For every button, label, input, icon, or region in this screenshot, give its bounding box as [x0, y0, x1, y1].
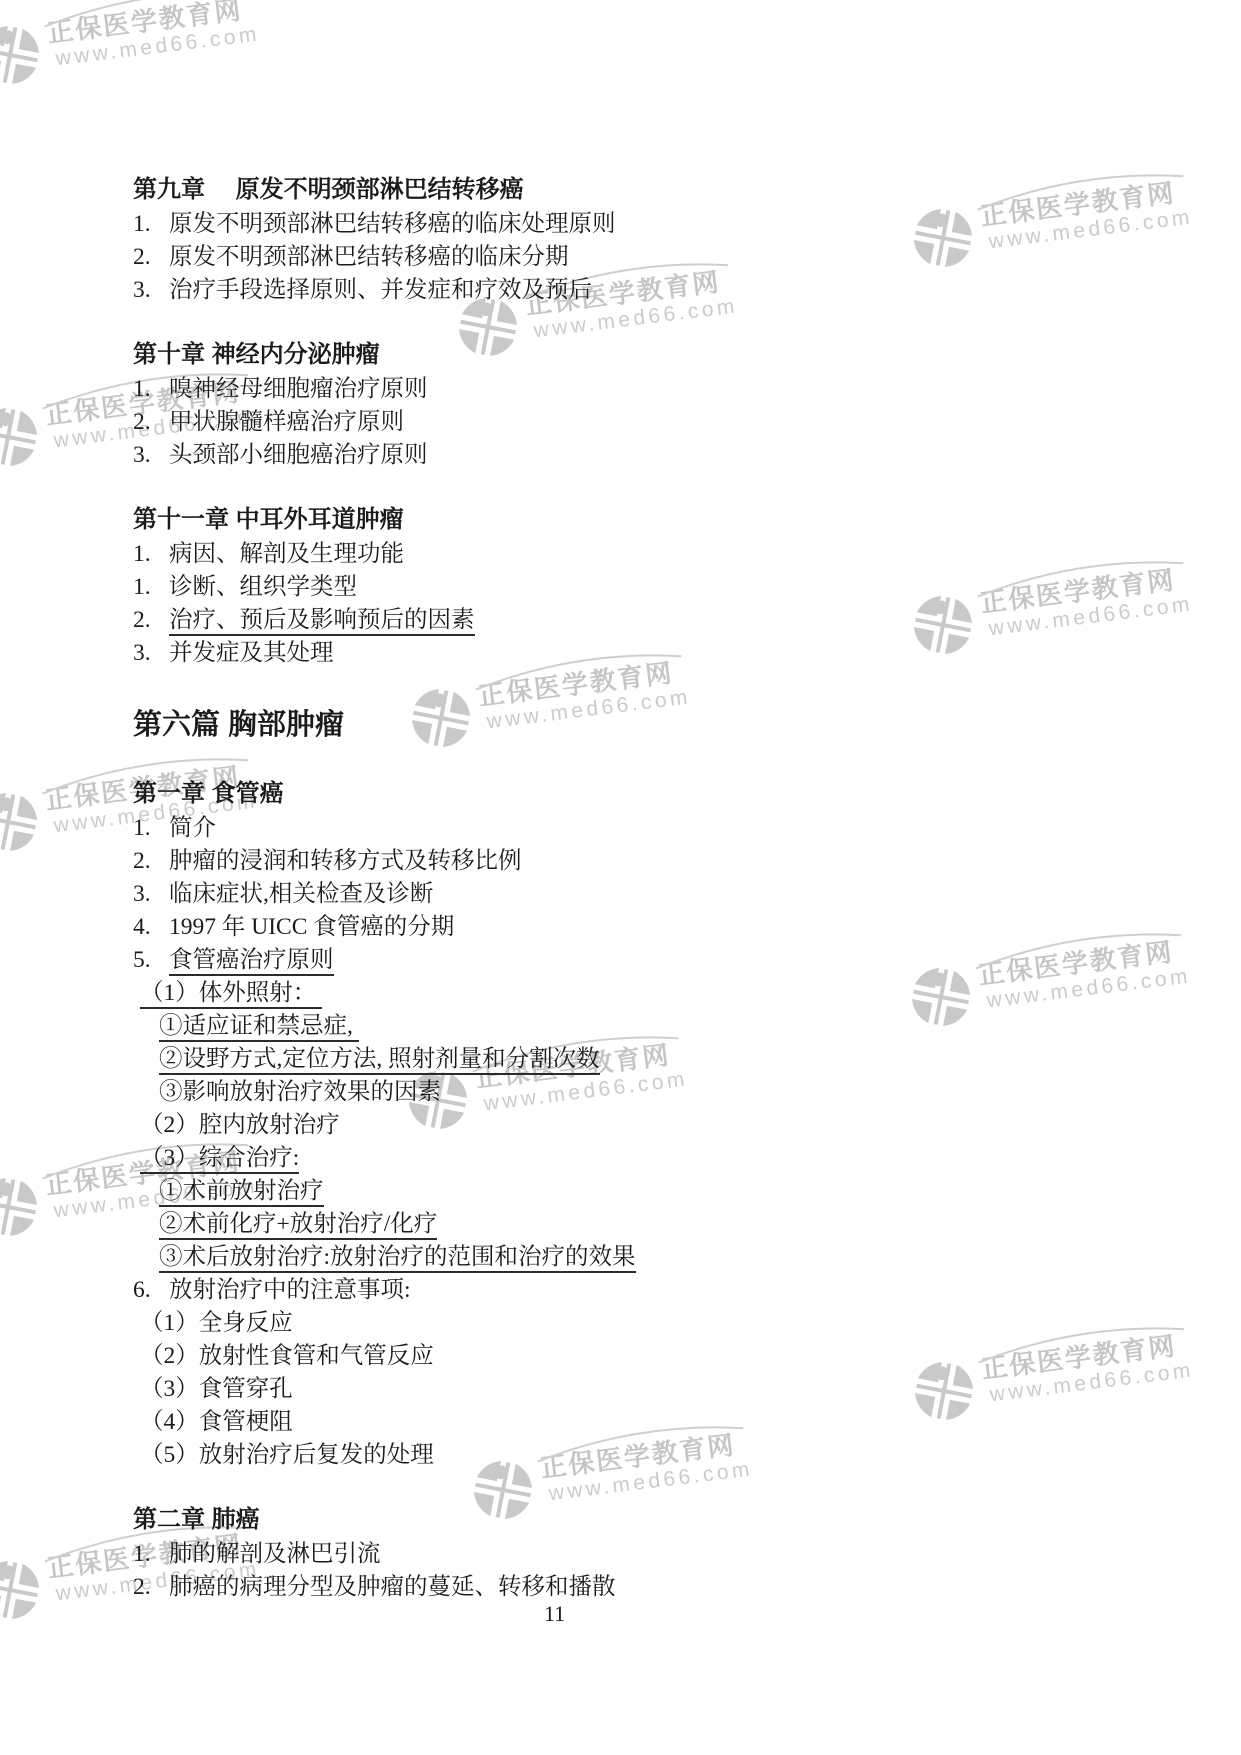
- doc-line: ③术后放射治疗:放射治疗的范围和治疗的效果: [133, 1241, 893, 1274]
- watermark-site-name: 正保医学教育网: [980, 1330, 1178, 1384]
- doc-line-text: （3）综合治疗:: [140, 1145, 299, 1174]
- doc-line: （2）腔内放射治疗: [133, 1109, 893, 1142]
- doc-line: 2.肿瘤的浸润和转移方式及转移比例: [133, 845, 893, 878]
- doc-line: 4.1997 年 UICC 食管癌的分期: [133, 911, 893, 944]
- doc-line: 2.治疗、预后及影响预后的因素: [133, 604, 893, 637]
- med66-logo-icon: [0, 1557, 43, 1624]
- doc-line-text: ③术后放射治疗:放射治疗的范围和治疗的效果: [159, 1244, 636, 1273]
- doc-line-text: 原发不明颈部淋巴结转移癌的临床处理原则: [169, 211, 616, 237]
- watermark: 正保医学教育网 www.med66.com: [909, 563, 1195, 659]
- list-number: 2.: [133, 1571, 169, 1604]
- watermark-site-url: www.med66.com: [982, 205, 1194, 253]
- list-number: 3.: [133, 878, 169, 911]
- doc-line: 第十章 神经内分泌肿瘤: [133, 337, 893, 373]
- doc-line-text: （1）全身反应: [140, 1310, 293, 1336]
- watermark-arc-icon: [974, 1316, 1187, 1366]
- doc-line-text: ③影响放射治疗效果的因素: [159, 1079, 441, 1105]
- watermark-text: 正保医学教育网 www.med66.com: [977, 935, 1193, 1015]
- watermark-site-url: www.med66.com: [982, 592, 1194, 640]
- doc-line-text: 并发症及其处理: [169, 640, 334, 666]
- doc-line-text: 治疗、预后及影响预后的因素: [169, 607, 475, 636]
- doc-line-text: 治疗手段选择原则、并发症和疗效及预后: [169, 277, 592, 303]
- doc-line: （2）放射性食管和气管反应: [133, 1340, 893, 1373]
- doc-line-text: 第六篇 胸部肿瘤: [133, 709, 344, 741]
- doc-line-text: 第十一章 中耳外耳道肿瘤: [133, 506, 404, 533]
- list-number: 2.: [133, 406, 169, 439]
- doc-line-text: 第九章 原发不明颈部淋巴结转移癌: [133, 176, 524, 203]
- doc-line-text: 肺的解剖及淋巴引流: [169, 1541, 381, 1567]
- doc-line: 6.放射治疗中的注意事项:: [133, 1274, 893, 1307]
- doc-line-text: （1）体外照射：: [140, 980, 322, 1009]
- page-number: 11: [544, 1601, 565, 1627]
- doc-line: 第一章 食管癌: [133, 776, 893, 812]
- doc-line-text: 简介: [169, 815, 216, 841]
- doc-line: ①术前放射治疗: [133, 1175, 893, 1208]
- list-number: 2.: [133, 604, 169, 637]
- doc-line: 1.原发不明颈部淋巴结转移癌的临床处理原则: [133, 208, 893, 241]
- doc-line-text: 放射治疗中的注意事项:: [169, 1277, 411, 1303]
- doc-line: 第六篇 胸部肿瘤: [133, 704, 893, 746]
- list-number: 5.: [133, 944, 169, 977]
- doc-line-text: 肺癌的病理分型及肿瘤的蔓延、转移和播散: [169, 1574, 616, 1600]
- list-number: 1.: [133, 812, 169, 845]
- doc-line: 第十一章 中耳外耳道肿瘤: [133, 502, 893, 538]
- doc-line: （5）放射治疗后复发的处理: [133, 1439, 893, 1472]
- list-number: 3.: [133, 274, 169, 307]
- med66-logo-icon: [908, 964, 975, 1031]
- doc-line: ②设野方式,定位方法, 照射剂量和分割次数: [133, 1043, 893, 1076]
- doc-line: 3.头颈部小细胞癌治疗原则: [133, 439, 893, 472]
- doc-line: 3.并发症及其处理: [133, 637, 893, 670]
- watermark: 正保医学教育网 www.med66.com: [910, 1329, 1196, 1425]
- watermark-arc-icon: [973, 163, 1186, 213]
- doc-line-text: 原发不明颈部淋巴结转移癌的临床分期: [169, 244, 569, 270]
- doc-line: 1.肺的解剖及淋巴引流: [133, 1538, 893, 1571]
- doc-line-text: 1997 年 UICC 食管癌的分期: [169, 914, 454, 940]
- doc-line: 2.甲状腺髓样癌治疗原则: [133, 406, 893, 439]
- doc-line: 2.肺癌的病理分型及肿瘤的蔓延、转移和播散: [133, 1571, 893, 1604]
- watermark-site-name: 正保医学教育网: [977, 936, 1175, 990]
- doc-line: 1.诊断、组织学类型: [133, 571, 893, 604]
- med66-logo-icon: [0, 789, 41, 856]
- doc-line-text: 诊断、组织学类型: [169, 574, 357, 600]
- list-number: 3.: [133, 637, 169, 670]
- watermark-text: 正保医学教育网 www.med66.com: [980, 1329, 1196, 1409]
- med66-logo-icon: [910, 592, 977, 659]
- list-number: 1.: [133, 208, 169, 241]
- doc-line-text: 第十章 神经内分泌肿瘤: [133, 341, 380, 368]
- watermark: 正保医学教育网 www.med66.com: [0, 0, 262, 88]
- doc-line-text: 病因、解剖及生理功能: [169, 541, 404, 567]
- med66-logo-icon: [0, 404, 41, 471]
- doc-line: （4）食管梗阻: [133, 1406, 893, 1439]
- doc-line-text: （4）食管梗阻: [140, 1409, 293, 1435]
- list-number: 3.: [133, 439, 169, 472]
- list-number: 2.: [133, 845, 169, 878]
- document-body: 第九章 原发不明颈部淋巴结转移癌1.原发不明颈部淋巴结转移癌的临床处理原则2.原…: [133, 142, 893, 1604]
- list-number: 4.: [133, 911, 169, 944]
- watermark-site-name: 正保医学教育网: [979, 564, 1177, 618]
- watermark-site-name: 正保医学教育网: [979, 177, 1177, 231]
- list-number: 1.: [133, 538, 169, 571]
- doc-line: （3）食管穿孔: [133, 1373, 893, 1406]
- doc-line: （1）全身反应: [133, 1307, 893, 1340]
- doc-line: ①适应证和禁忌症,: [133, 1010, 893, 1043]
- doc-line-text: 第一章 食管癌: [133, 780, 284, 807]
- doc-line-text: ②术前化疗+放射治疗/化疗: [159, 1211, 437, 1240]
- doc-line-text: ①术前放射治疗: [159, 1178, 324, 1207]
- watermark: 正保医学教育网 www.med66.com: [907, 935, 1193, 1031]
- doc-line: 1.病因、解剖及生理功能: [133, 538, 893, 571]
- doc-line: 2.原发不明颈部淋巴结转移癌的临床分期: [133, 241, 893, 274]
- doc-line-text: 头颈部小细胞癌治疗原则: [169, 442, 428, 468]
- doc-line: 3.临床症状,相关检查及诊断: [133, 878, 893, 911]
- doc-line-text: （2）腔内放射治疗: [140, 1112, 340, 1138]
- doc-line-text: ②设野方式,定位方法, 照射剂量和分割次数: [159, 1046, 600, 1075]
- watermark-site-url: www.med66.com: [980, 964, 1192, 1012]
- watermark-text: 正保医学教育网 www.med66.com: [979, 176, 1195, 256]
- watermark-site-url: www.med66.com: [49, 22, 261, 70]
- med66-logo-icon: [910, 205, 977, 272]
- med66-logo-icon: [0, 22, 43, 89]
- doc-line-text: ①适应证和禁忌症,: [159, 1013, 359, 1042]
- med66-logo-icon: [911, 1358, 978, 1425]
- doc-line: 1.嗅神经母细胞瘤治疗原则: [133, 373, 893, 406]
- watermark-arc-icon: [40, 0, 253, 30]
- list-number: 1.: [133, 1538, 169, 1571]
- doc-line: ②术前化疗+放射治疗/化疗: [133, 1208, 893, 1241]
- doc-line: ③影响放射治疗效果的因素: [133, 1076, 893, 1109]
- watermark-arc-icon: [971, 922, 1184, 972]
- doc-line-text: （5）放射治疗后复发的处理: [140, 1442, 434, 1468]
- doc-line-text: 肿瘤的浸润和转移方式及转移比例: [169, 848, 522, 874]
- doc-line: 第九章 原发不明颈部淋巴结转移癌: [133, 172, 893, 208]
- doc-line-text: 第二章 肺癌: [133, 1506, 260, 1533]
- doc-line: （3）综合治疗:: [133, 1142, 893, 1175]
- doc-line-text: 甲状腺髓样癌治疗原则: [169, 409, 404, 435]
- list-number: 2.: [133, 241, 169, 274]
- list-number: 1.: [133, 373, 169, 406]
- watermark-site-name: 正保医学教育网: [46, 0, 244, 48]
- doc-line: 第二章 肺癌: [133, 1502, 893, 1538]
- doc-line: （1）体外照射：: [133, 977, 893, 1010]
- watermark-text: 正保医学教育网 www.med66.com: [979, 563, 1195, 643]
- list-number: 6.: [133, 1274, 169, 1307]
- doc-line-text: 嗅神经母细胞瘤治疗原则: [169, 376, 428, 402]
- doc-line: 3.治疗手段选择原则、并发症和疗效及预后: [133, 274, 893, 307]
- watermark-text: 正保医学教育网 www.med66.com: [46, 0, 262, 73]
- doc-line-text: 临床症状,相关检查及诊断: [169, 881, 433, 907]
- doc-line-text: （2）放射性食管和气管反应: [140, 1343, 434, 1369]
- doc-line-text: （3）食管穿孔: [140, 1376, 293, 1402]
- document-page: 正保医学教育网 www.med66.com 正保医学教育网 www.med66.: [0, 0, 1241, 1755]
- list-number: 1.: [133, 571, 169, 604]
- watermark-site-url: www.med66.com: [983, 1359, 1195, 1407]
- doc-line: 5.食管癌治疗原则: [133, 944, 893, 977]
- doc-line: 1.简介: [133, 812, 893, 845]
- med66-logo-icon: [0, 1174, 41, 1241]
- doc-line-text: 食管癌治疗原则: [169, 947, 334, 976]
- watermark-arc-icon: [973, 550, 1186, 600]
- watermark: 正保医学教育网 www.med66.com: [909, 176, 1195, 272]
